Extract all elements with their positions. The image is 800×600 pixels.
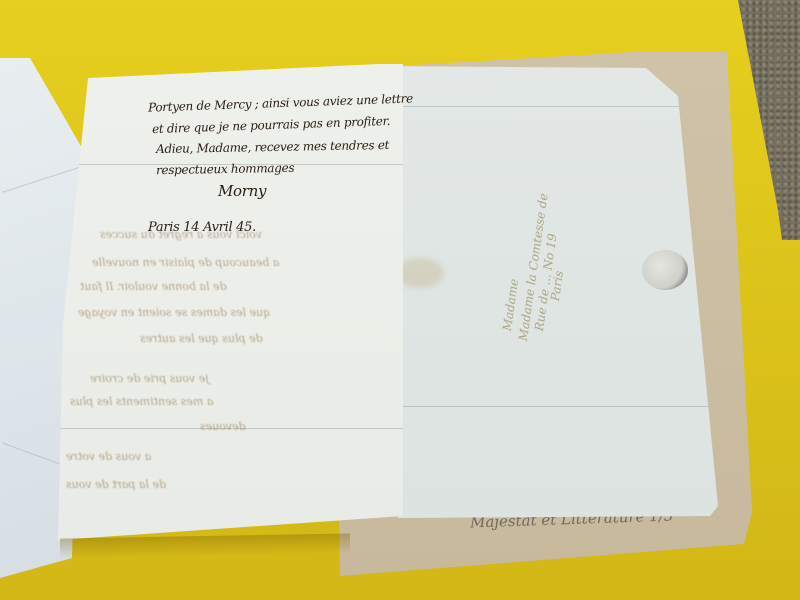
date-line: Paris 14 Avril 45. [148,220,256,235]
bleed-through-line: a beaucoup de plaisir en nouvelle [92,256,279,269]
bleed-through-line: a vous de votre [66,450,151,463]
photo-scene: Majestat et Litterature 1/3 Madame Madam… [0,0,800,600]
signature: Morny [218,182,266,200]
bleed-through-line: de la bonne vouloir. Il faut [80,280,227,293]
letter-page [58,64,403,540]
bleed-through-line: de la part de vous [66,478,166,491]
wax-seal-icon [642,250,688,290]
crease [2,164,88,193]
fold-line [378,406,733,407]
stain [396,258,444,288]
letter-line: respectueux hommages [156,161,295,177]
bleed-through-line: je vous prie de croire [90,372,209,385]
bleed-through-line: que les dames se soient en voyage [78,306,270,319]
bleed-through-line: a mes sentiments les plus [70,395,213,408]
bleed-through-line: devoues [200,420,246,433]
bleed-through-line: de plus que les autres [140,332,263,345]
